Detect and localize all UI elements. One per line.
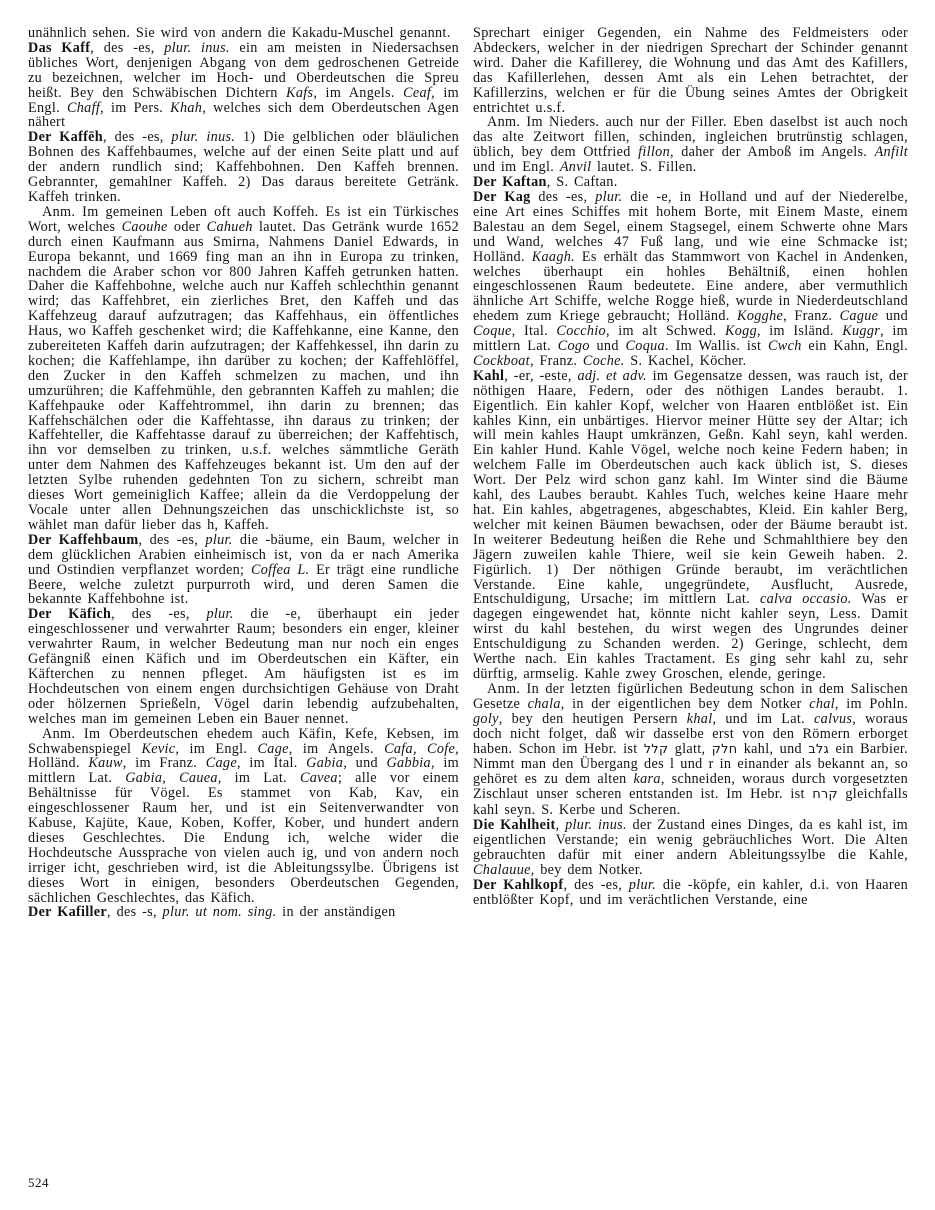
text-run: , im Pers. bbox=[100, 100, 170, 116]
continuation-kakadu: unähnlich sehen. Sie wird von andern die… bbox=[28, 26, 459, 41]
page-number: 524 bbox=[28, 1176, 49, 1191]
text-run: Cafa, Cofe bbox=[384, 741, 455, 757]
entry-kaefich: Der Käfich, des -es, plur. die -e, überh… bbox=[28, 607, 459, 726]
entry-kaffehbaum: Der Kaffehbaum, des -es, plur. die -bäum… bbox=[28, 533, 459, 608]
text-run: , des -es, bbox=[138, 532, 205, 548]
text-run: oder bbox=[168, 219, 207, 235]
text-run: Ceaf bbox=[403, 85, 431, 101]
text-run: , im Ital. bbox=[237, 755, 306, 771]
entry-headword: Der Kaffehbaum bbox=[28, 532, 138, 548]
text-run: Cogo bbox=[558, 338, 590, 354]
text-run: kahl, und bbox=[737, 741, 808, 757]
entry-headword: Der Käfich bbox=[28, 606, 111, 622]
text-run: Coque bbox=[473, 323, 512, 339]
text-run: und bbox=[590, 338, 626, 354]
text-run: Gabia, Cauea bbox=[125, 770, 218, 786]
text-run: , -er, -este, bbox=[504, 368, 577, 384]
text-run: chal bbox=[809, 696, 835, 712]
text-run: lautet. Das Getränk wurde 1652 durch ein… bbox=[28, 219, 459, 533]
text-run: Kaagh. bbox=[532, 249, 575, 265]
text-run: Cockboat bbox=[473, 353, 530, 369]
text-run: , S. Caftan. bbox=[547, 174, 618, 190]
anm-kaffeh: Anm. Im gemeinen Leben oft auch Koffeh. … bbox=[28, 205, 459, 533]
text-run: fillon bbox=[638, 144, 670, 160]
text-run: Kogghe bbox=[737, 308, 783, 324]
text-run: calvus bbox=[814, 711, 852, 727]
text-run: Sprechart einiger Gegenden, ein Nahme de… bbox=[473, 25, 908, 116]
anm-kafiller: Anm. Im Nieders. auch nur der Filler. Eb… bbox=[473, 115, 908, 175]
entry-kahl: Kahl, -er, -este, adj. et adv. im Gegens… bbox=[473, 369, 908, 682]
text-run: Kauw bbox=[88, 755, 122, 771]
text-run: ; alle vor einem Behältnisse für Vögel. … bbox=[28, 770, 459, 905]
text-run: Caouhe bbox=[122, 219, 168, 235]
text-run: chala bbox=[528, 696, 561, 712]
text-run: Cwch bbox=[768, 338, 802, 354]
text-run: adj. et adv. bbox=[577, 368, 646, 384]
entry-headword: Der Kaftan bbox=[473, 174, 547, 190]
hebrew-word: חלק bbox=[712, 742, 738, 757]
text-run: , Franz. bbox=[530, 353, 583, 369]
text-run: Chalauue bbox=[473, 862, 531, 878]
dictionary-page: unähnlich sehen. Sie wird von andern die… bbox=[0, 0, 935, 1210]
entry-kag: Der Kag des -es, plur. die -e, in Hollan… bbox=[473, 190, 908, 369]
text-run: im Gegensatze dessen, was rauch ist, der… bbox=[473, 368, 908, 608]
text-run: glatt, bbox=[668, 741, 711, 757]
entry-headword: Der Kag bbox=[473, 189, 531, 205]
text-run: , des -es, bbox=[563, 877, 628, 893]
text-run: , im Angels. bbox=[313, 85, 403, 101]
text-run: Cage bbox=[206, 755, 237, 771]
text-run: plur. ut nom. sing. bbox=[163, 904, 277, 920]
anm-kahl: Anm. In der letzten figürlichen Bedeutun… bbox=[473, 682, 908, 818]
text-run: , in der eigentlichen bey dem Notker bbox=[561, 696, 809, 712]
text-run: plur. inus. bbox=[171, 129, 235, 145]
entry-kahlkopf: Der Kahlkopf, des -es, plur. die -köpfe,… bbox=[473, 878, 908, 908]
text-run: Chaff bbox=[67, 100, 100, 116]
entry-headword: Das Kaff bbox=[28, 40, 90, 56]
text-run: . Im Wallis. ist bbox=[665, 338, 768, 354]
text-run: unähnlich sehen. Sie wird von andern die… bbox=[28, 25, 451, 41]
text-run: Cage bbox=[258, 741, 289, 757]
text-run: Kuggr bbox=[842, 323, 880, 339]
text-run: und im Engl. bbox=[473, 159, 560, 175]
text-run: khal bbox=[687, 711, 713, 727]
text-run: die -e, überhaupt ein jeder eingeschloss… bbox=[28, 606, 459, 726]
text-run: , Franz. bbox=[783, 308, 840, 324]
entry-kaftan: Der Kaftan, S. Caftan. bbox=[473, 175, 908, 190]
text-run: , Ital. bbox=[512, 323, 557, 339]
left-column: unähnlich sehen. Sie wird von andern die… bbox=[28, 26, 459, 920]
right-column: Sprechart einiger Gegenden, ein Nahme de… bbox=[473, 26, 908, 920]
entry-kahlheit: Die Kahlheit, plur. inus. der Zustand ei… bbox=[473, 818, 908, 878]
text-run: , im Franz. bbox=[123, 755, 206, 771]
text-run: Kafs bbox=[286, 85, 313, 101]
text-run: , im Lat. bbox=[218, 770, 300, 786]
hebrew-word: גלב bbox=[808, 742, 829, 757]
text-run: ein Kahn, Engl. bbox=[802, 338, 908, 354]
text-run: , daher der Amboß im Angels. bbox=[670, 144, 875, 160]
text-run: in der anständigen bbox=[277, 904, 396, 920]
text-run: Cavea bbox=[300, 770, 338, 786]
text-run: plur. inus. bbox=[164, 40, 230, 56]
entry-headword: Der Kafiller bbox=[28, 904, 107, 920]
text-run: plur. bbox=[629, 877, 656, 893]
text-run: Cocchio bbox=[556, 323, 606, 339]
text-run: Anvil bbox=[560, 159, 592, 175]
text-run: plur. bbox=[595, 189, 622, 205]
hebrew-word: קלל bbox=[644, 742, 669, 757]
text-run: kara bbox=[634, 771, 661, 787]
text-run: calva occasio. bbox=[760, 591, 852, 607]
text-run: S. Kachel, Köcher. bbox=[625, 353, 747, 369]
two-column-text-block: unähnlich sehen. Sie wird von andern die… bbox=[0, 0, 935, 920]
text-run: Coqua bbox=[626, 338, 665, 354]
text-run: Coffea L. bbox=[251, 562, 309, 578]
text-run: , im Angels. bbox=[289, 741, 384, 757]
text-run: , bey dem Notker. bbox=[531, 862, 643, 878]
text-run: Gabia bbox=[306, 755, 343, 771]
text-run: , und bbox=[343, 755, 386, 771]
text-run: , des -es, bbox=[111, 606, 206, 622]
text-run: , im Isländ. bbox=[757, 323, 842, 339]
text-run: Khah bbox=[170, 100, 202, 116]
text-run: , bbox=[556, 817, 566, 833]
entry-kafiller: Der Kafiller, des -s, plur. ut nom. sing… bbox=[28, 905, 459, 920]
text-run: plur. inus. bbox=[565, 817, 627, 833]
text-run: und bbox=[878, 308, 908, 324]
text-run: , im Pohln. bbox=[835, 696, 908, 712]
text-run: Cahueh bbox=[207, 219, 253, 235]
text-run: , im alt Schwed. bbox=[606, 323, 725, 339]
entry-der-kaffeh: Der Kaffēh, des -es, plur. inus. 1) Die … bbox=[28, 130, 459, 205]
continuation-kafiller: Sprechart einiger Gegenden, ein Nahme de… bbox=[473, 26, 908, 115]
text-run: , des -es, bbox=[103, 129, 171, 145]
entry-headword: Kahl bbox=[473, 368, 504, 384]
text-run: , des -s, bbox=[107, 904, 163, 920]
text-run: , des -es, bbox=[90, 40, 164, 56]
text-run: Coche. bbox=[583, 353, 625, 369]
text-run: Anfilt bbox=[875, 144, 908, 160]
entry-das-kaff: Das Kaff, des -es, plur. inus. ein am me… bbox=[28, 41, 459, 130]
text-run: Kogg bbox=[725, 323, 757, 339]
text-run: plur. bbox=[206, 606, 233, 622]
text-run: lautet. S. Fillen. bbox=[591, 159, 696, 175]
text-run: , und im Lat. bbox=[713, 711, 815, 727]
text-run: goly bbox=[473, 711, 499, 727]
text-run: , bey den heutigen Persern bbox=[499, 711, 687, 727]
text-run: , im Engl. bbox=[175, 741, 257, 757]
entry-headword: Der Kaffēh bbox=[28, 129, 103, 145]
text-run: Gabbia bbox=[386, 755, 430, 771]
text-run: plur. bbox=[205, 532, 232, 548]
anm-kaefich: Anm. Im Oberdeutschen ehedem auch Käfin,… bbox=[28, 727, 459, 906]
entry-headword: Der Kahlkopf bbox=[473, 877, 563, 893]
text-run: Kevic bbox=[142, 741, 176, 757]
hebrew-word: קרח bbox=[812, 787, 838, 802]
entry-headword: Die Kahlheit bbox=[473, 817, 556, 833]
text-run: des -es, bbox=[531, 189, 596, 205]
text-run: Cague bbox=[840, 308, 879, 324]
